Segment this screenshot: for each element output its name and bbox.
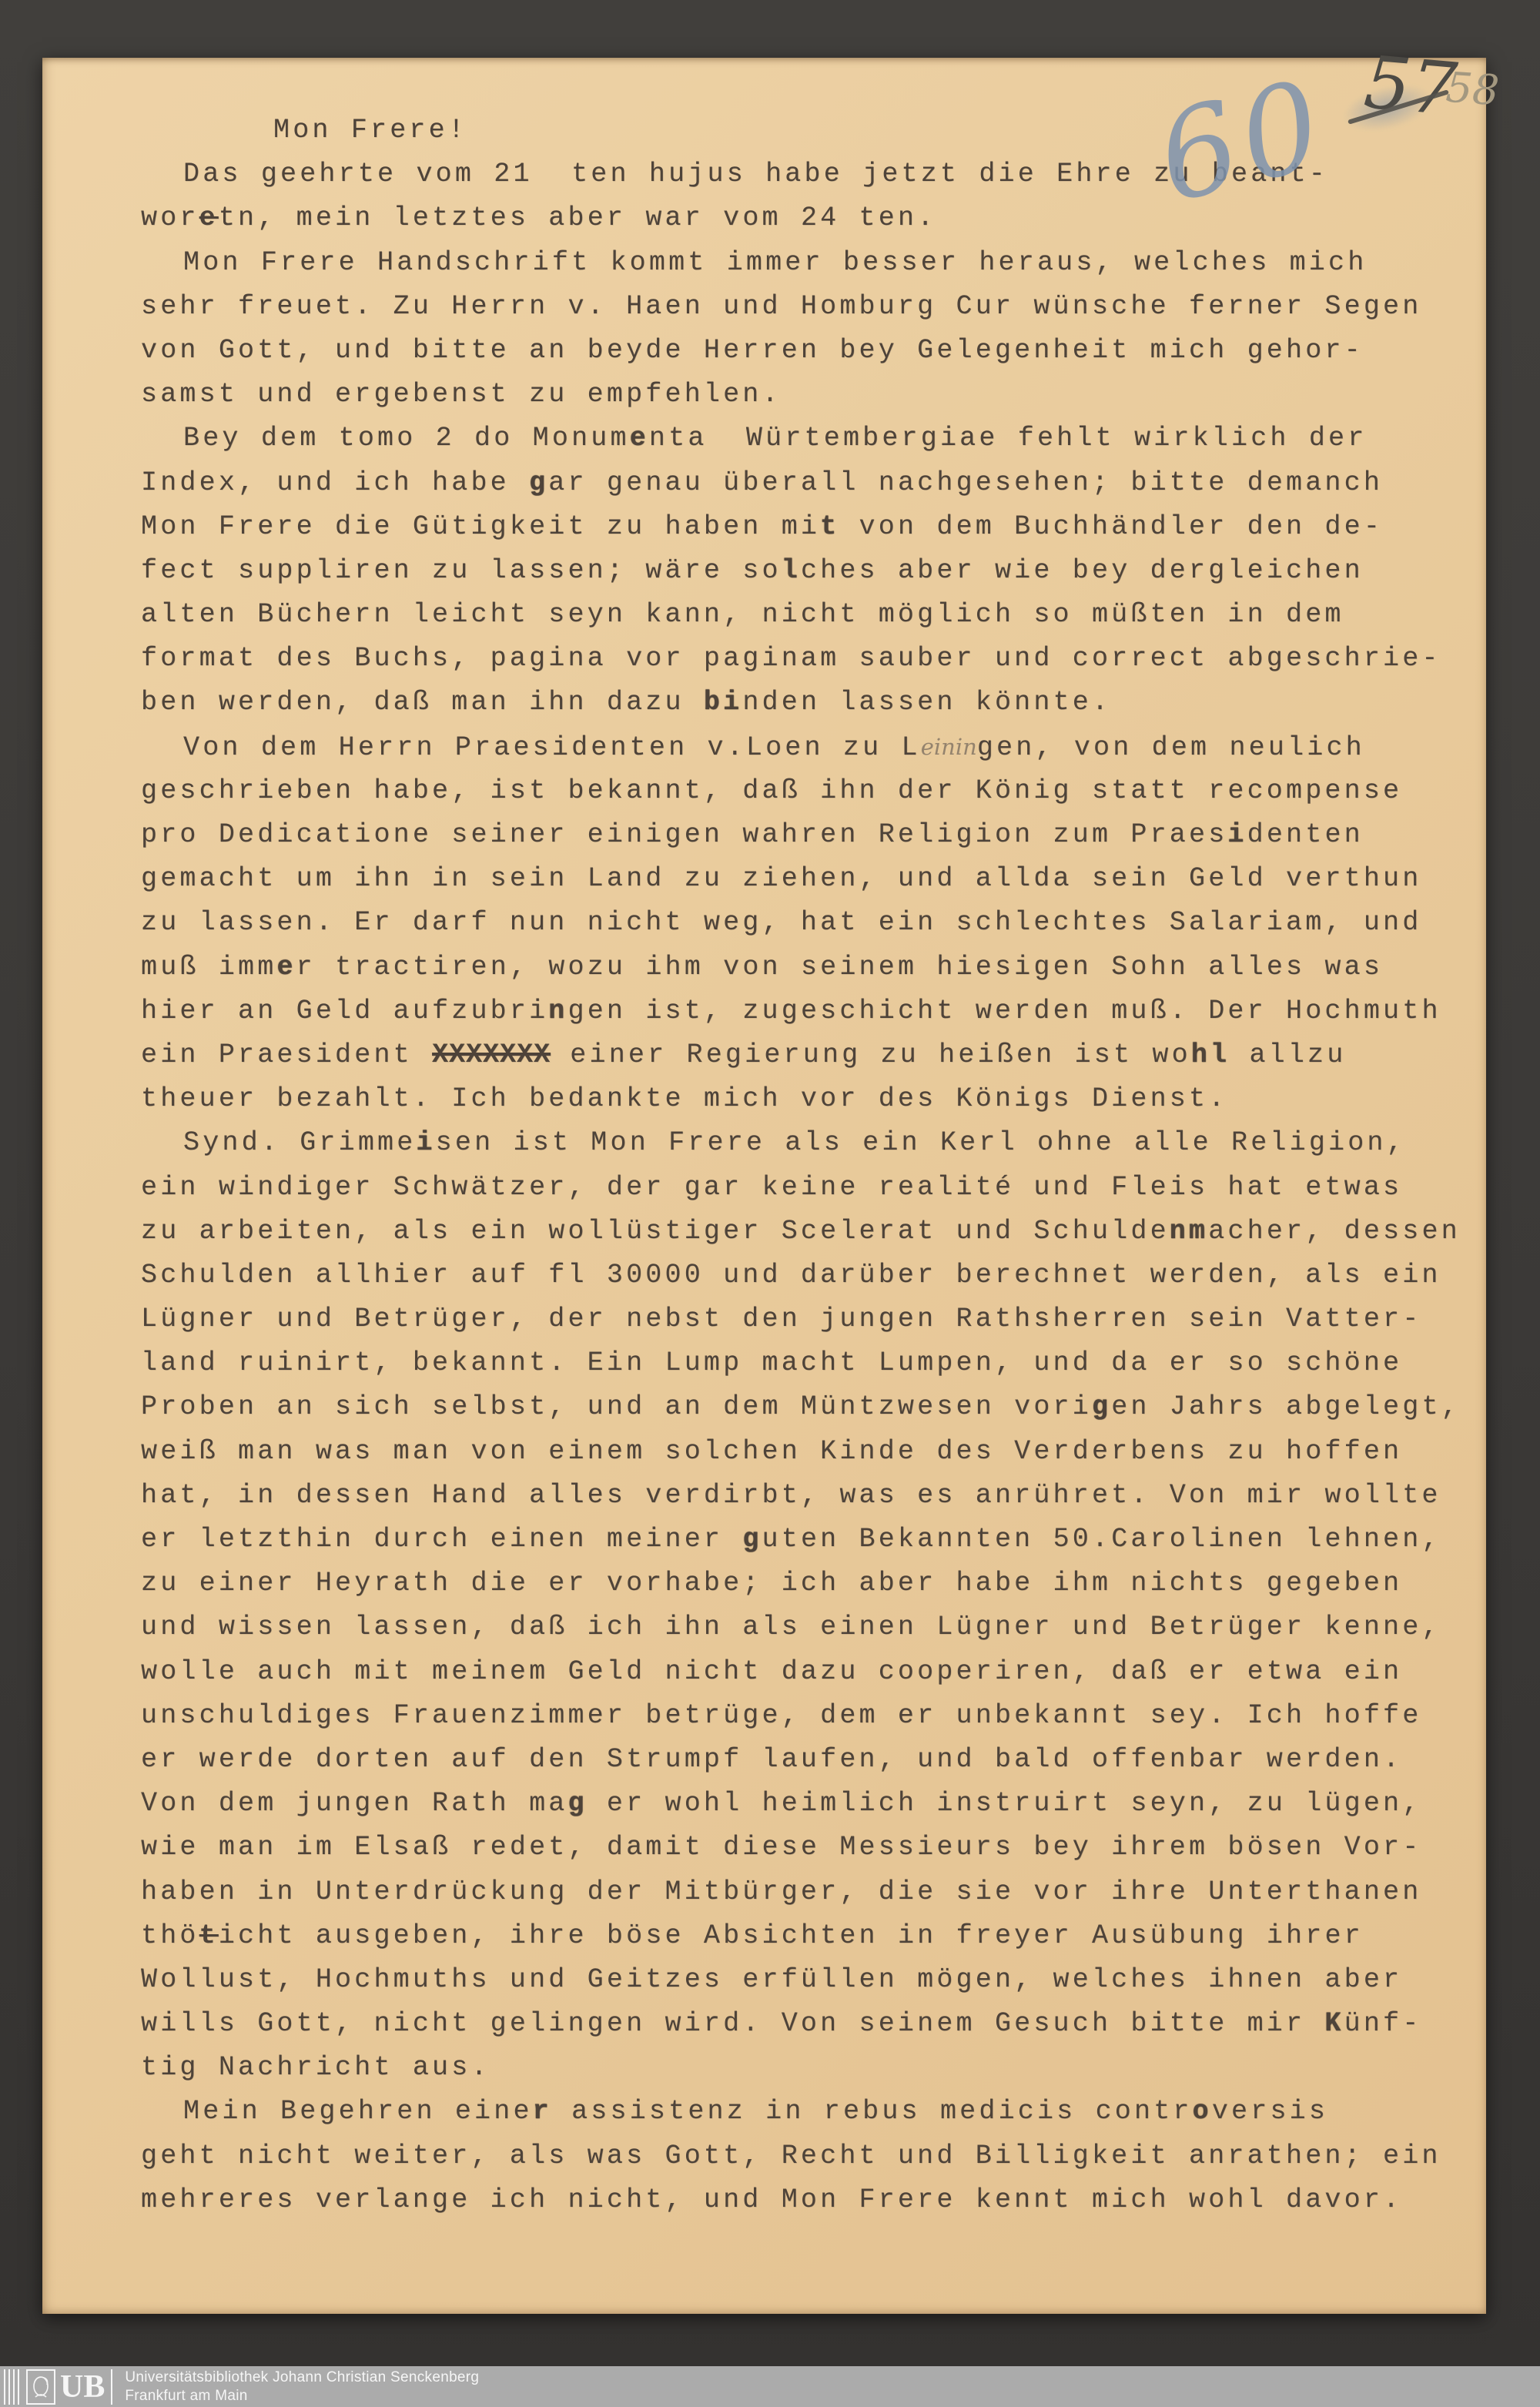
letter-line: mehreres verlange ich nicht, und Mon Fre… <box>141 2178 1496 2222</box>
portrait-icon <box>26 2369 55 2405</box>
letter-line: Synd. Grimmeisen ist Mon Frere als ein K… <box>183 1121 1496 1165</box>
letter-line: woretn, mein letztes aber war vom 24 ten… <box>141 196 1496 240</box>
letter-line: Lügner und Betrüger, der nebst den junge… <box>141 1297 1496 1341</box>
letter-line: thöticht ausgeben, ihre böse Absichten i… <box>141 1914 1496 1958</box>
scan-background: { "page": { "background_color": "#3b3937… <box>0 0 1540 2407</box>
letter-line: format des Buchs, pagina vor paginam sau… <box>141 637 1496 681</box>
letter-line: zu arbeiten, als ein wollüstiger Scelera… <box>141 1210 1496 1254</box>
letter-line: ein windiger Schwätzer, der gar keine re… <box>141 1166 1496 1210</box>
letter-line: Index, und ich habe gar genau überall na… <box>141 461 1496 505</box>
letter-line: gemacht um ihn in sein Land zu ziehen, u… <box>141 857 1496 901</box>
letter-body: Mon Frere!Das geehrte vom 21 ten hujus h… <box>141 109 1496 2222</box>
letter-line: Mon Frere Handschrift kommt immer besser… <box>183 241 1496 285</box>
letter-line: theuer bezahlt. Ich bedankte mich vor de… <box>141 1077 1496 1121</box>
letter-line: Mon Frere die Gütigkeit zu haben mit von… <box>141 505 1496 549</box>
letter-line: Bey dem tomo 2 do Monumenta Würtembergia… <box>183 417 1496 460</box>
letter-line: weiß man was man von einem solchen Kinde… <box>141 1430 1496 1474</box>
letter-line: land ruinirt, bekannt. Ein Lump macht Lu… <box>141 1341 1496 1385</box>
letter-line: geschrieben habe, ist bekannt, daß ihn d… <box>141 769 1496 813</box>
letter-line: hier an Geld aufzubringen ist, zugeschic… <box>141 989 1496 1033</box>
letter-line: er werde dorten auf den Strumpf laufen, … <box>141 1738 1496 1782</box>
letter-line: samst und ergebenst zu empfehlen. <box>141 373 1496 417</box>
letter-line: wolle auch mit meinem Geld nicht dazu co… <box>141 1650 1496 1694</box>
library-logo: UB <box>4 2369 112 2405</box>
letter-line: ben werden, daß man ihn dazu binden lass… <box>141 681 1496 725</box>
letter-line: tig Nachricht aus. <box>141 2046 1496 2090</box>
library-city: Frankfurt am Main <box>125 2387 479 2405</box>
letter-line: fect suppliren zu lassen; wäre solches a… <box>141 549 1496 593</box>
letter-paper: Mon Frere!Das geehrte vom 21 ten hujus h… <box>42 58 1486 2314</box>
letter-line: Proben an sich selbst, und an dem Müntzw… <box>141 1385 1496 1429</box>
letter-line: hat, in dessen Hand alles verdirbt, was … <box>141 1474 1496 1518</box>
page-number-57-struck: 57 <box>1361 41 1460 132</box>
library-watermark-bar: UB Universitätsbibliothek Johann Christi… <box>0 2366 1540 2407</box>
letter-line: haben in Unterdrückung der Mitbürger, di… <box>141 1870 1496 1914</box>
letter-line: zu einer Heyrath die er vorhabe; ich abe… <box>141 1562 1496 1605</box>
letter-line: zu lassen. Er darf nun nicht weg, hat ei… <box>141 901 1496 945</box>
letter-line: Schulden allhier auf fl 30000 und darübe… <box>141 1254 1496 1297</box>
letter-line: pro Dedicatione seiner einigen wahren Re… <box>141 813 1496 857</box>
letter-line: ein Praesident XXXXXXX einer Regierung z… <box>141 1033 1496 1077</box>
logo-divider <box>111 2369 112 2405</box>
letter-line: wie man im Elsaß redet, damit diese Mess… <box>141 1826 1496 1870</box>
letter-line: Mein Begehren einer assistenz in rebus m… <box>183 2090 1496 2134</box>
library-name: Universitätsbibliothek Johann Christian … <box>125 2369 479 2387</box>
letter-line: muß immer tractiren, wozu ihm von seinem… <box>141 946 1496 989</box>
letter-line: geht nicht weiter, als was Gott, Recht u… <box>141 2134 1496 2178</box>
letter-line: alten Büchern leicht seyn kann, nicht mö… <box>141 593 1496 637</box>
library-label: Universitätsbibliothek Johann Christian … <box>125 2369 479 2405</box>
letter-line: von Gott, und bitte an beyde Herren bey … <box>141 329 1496 373</box>
letter-line: Wollust, Hochmuths und Geitzes erfüllen … <box>141 1958 1496 2002</box>
letter-line: er letzthin durch einen meiner guten Bek… <box>141 1518 1496 1562</box>
letter-line: Von dem jungen Rath mag er wohl heimlich… <box>141 1782 1496 1826</box>
page-number-58: 58 <box>1445 63 1501 115</box>
book-spines-icon <box>4 2369 22 2405</box>
letter-line: wills Gott, nicht gelingen wird. Von sei… <box>141 2002 1496 2046</box>
letter-line: Von dem Herrn Praesidenten v.Loen zu Lei… <box>183 725 1496 769</box>
letter-line: und wissen lassen, daß ich ihn als einen… <box>141 1605 1496 1649</box>
letter-line: unschuldiges Frauenzimmer betrüge, dem e… <box>141 1694 1496 1738</box>
ub-logo-text: UB <box>60 2369 105 2405</box>
letter-line: sehr freuet. Zu Herrn v. Haen und Hombur… <box>141 285 1496 329</box>
